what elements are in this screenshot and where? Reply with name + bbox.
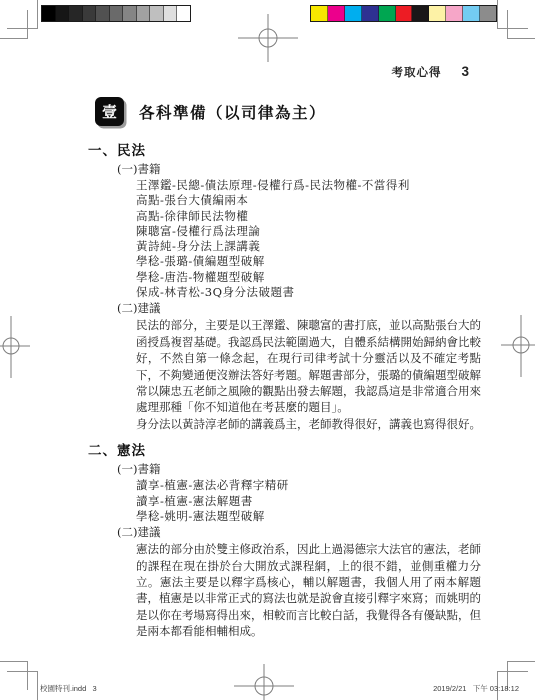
color-cell [362, 6, 379, 21]
color-cell [429, 6, 446, 21]
book-list-item: 高點-徐律師民法物權 [136, 209, 472, 224]
advice-paragraph: 憲法的部分由於雙主修政治系，因此上過湯德宗大法官的憲法，老師的課程在現在掛於台大… [136, 541, 481, 639]
section-heading: 二、憲法 [88, 439, 472, 459]
color-cell [379, 6, 396, 21]
page-number: 3 [461, 64, 469, 79]
crop-mark [0, 661, 28, 662]
color-cell [446, 6, 463, 21]
advice-text: 民法的部分，主要是以王澤鑑、陳聰富的書打底，並以高點張台大的函授爲複習基礎。我認… [136, 317, 481, 432]
crop-mark [7, 28, 38, 29]
color-cell [328, 6, 345, 21]
title-row: 壹 各科準備（以司律為主） [95, 97, 326, 126]
crop-mark [27, 10, 28, 38]
advice-label: (二)建議 [117, 301, 472, 316]
crop-mark [507, 38, 535, 39]
crop-mark [0, 38, 28, 39]
grayscale-calibration-bar [41, 5, 191, 22]
page: 考取心得 3 壹 各科準備（以司律為主） 一、民法 (一)書籍 王澤鑑-民總-債… [0, 0, 535, 700]
crop-mark [497, 28, 528, 29]
books-label: (一)書籍 [117, 162, 472, 177]
books-label: (一)書籍 [117, 462, 472, 477]
grayscale-cell [123, 6, 137, 21]
grayscale-cell [69, 6, 83, 21]
registration-mark-icon [0, 316, 40, 378]
grayscale-cell [137, 6, 151, 21]
grayscale-cell [96, 6, 110, 21]
section-number-glyph: 壹 [102, 101, 117, 122]
footer-file-info: 校園特刊.indd 3 [40, 683, 97, 694]
crop-mark [497, 671, 528, 672]
book-list: 讀享-植憲-憲法必背釋字精研讀享-植憲-憲法解題書學稔-姚明-憲法題型破解 [136, 478, 472, 524]
crop-mark [37, 672, 38, 700]
color-calibration-bar [310, 5, 497, 22]
crop-mark [37, 0, 38, 28]
color-cell [345, 6, 362, 21]
grayscale-cell [83, 6, 97, 21]
advice-paragraph: 民法的部分，主要是以王澤鑑、陳聰富的書打底，並以高點張台大的函授爲複習基礎。我認… [136, 317, 481, 415]
color-cell [480, 6, 496, 21]
crop-mark [507, 10, 508, 38]
crop-mark [27, 662, 28, 690]
crop-mark [7, 671, 38, 672]
advice-label: (二)建議 [117, 525, 472, 540]
crop-mark [507, 661, 535, 662]
footer-timestamp: 2019/2/21 下午 03:18:12 [433, 683, 519, 694]
grayscale-cell [150, 6, 164, 21]
grayscale-cell [42, 6, 56, 21]
advice-paragraph: 身分法以黃詩淳老師的講義爲主，老師教得很好，講義也寫得很好。 [136, 416, 481, 432]
grayscale-cell [110, 6, 124, 21]
book-list-item: 黃詩純-身分法上課講義 [136, 239, 472, 254]
book-list-item: 保成-林青松-3Q身分法破題書 [136, 285, 472, 300]
book-list-item: 高點-張台大債編兩本 [136, 193, 472, 208]
crop-mark [497, 0, 498, 28]
registration-mark-icon [234, 664, 294, 700]
registration-mark-icon [495, 315, 535, 377]
color-cell [311, 6, 328, 21]
page-header: 考取心得 3 [391, 64, 469, 80]
book-list-item: 學稔-姚明-憲法題型破解 [136, 509, 472, 524]
registration-mark-icon [238, 14, 298, 62]
book-list-item: 讀享-植憲-憲法解題書 [136, 494, 472, 509]
color-cell [396, 6, 413, 21]
section-heading: 一、民法 [88, 139, 472, 159]
grayscale-cell [56, 6, 70, 21]
book-list-item: 讀享-植憲-憲法必背釋字精研 [136, 478, 472, 493]
book-list-item: 學稔-唐浩-物權題型破解 [136, 270, 472, 285]
book-list-item: 陳聰富-侵權行爲法理論 [136, 224, 472, 239]
color-cell [463, 6, 480, 21]
content: 一、民法 (一)書籍 王澤鑑-民總-債法原理-侵權行爲-民法物權-不當得利高點-… [88, 139, 472, 647]
header-title: 考取心得 [391, 64, 441, 80]
section-number-badge: 壹 [95, 97, 124, 126]
book-list-item: 學稔-張璐-債編題型破解 [136, 254, 472, 269]
book-list-item: 王澤鑑-民總-債法原理-侵權行爲-民法物權-不當得利 [136, 178, 472, 193]
grayscale-cell [177, 6, 190, 21]
grayscale-cell [164, 6, 178, 21]
page-title: 各科準備（以司律為主） [139, 101, 326, 123]
color-cell [412, 6, 429, 21]
advice-text: 憲法的部分由於雙主修政治系，因此上過湯德宗大法官的憲法，老師的課程在現在掛於台大… [136, 541, 481, 639]
section-civil-law: 一、民法 (一)書籍 王澤鑑-民總-債法原理-侵權行爲-民法物權-不當得利高點-… [88, 139, 472, 432]
book-list: 王澤鑑-民總-債法原理-侵權行爲-民法物權-不當得利高點-張台大債編兩本高點-徐… [136, 178, 472, 300]
section-constitutional-law: 二、憲法 (一)書籍 讀享-植憲-憲法必背釋字精研讀享-植憲-憲法解題書學稔-姚… [88, 439, 472, 639]
